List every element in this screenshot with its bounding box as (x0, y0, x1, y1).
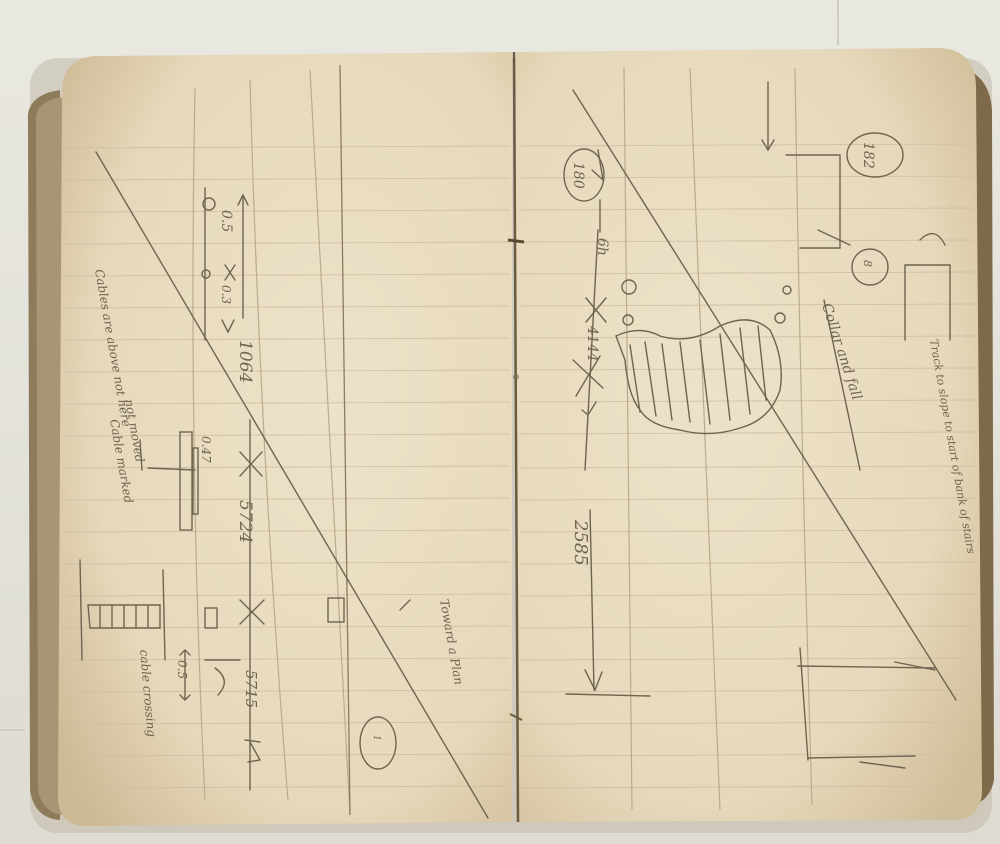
measurement-0-47: 0.47 (199, 436, 213, 463)
notebook-photo: 0.5 0.3 1064 5724 5715 0.47 0.5 Cables a… (0, 0, 1000, 844)
measurement-0-5-lower: 0.5 (175, 660, 189, 679)
measurement-6h: 6h (594, 238, 610, 256)
circled-182: 182 (860, 142, 876, 169)
measurement-5715: 5715 (242, 670, 260, 708)
left-page (58, 52, 512, 826)
measurement-0-3: 0.3 (219, 285, 233, 304)
measurement-1064: 1064 (235, 340, 255, 383)
measurement-2585: 2585 (570, 519, 591, 566)
measurement-4144: 4144 (584, 325, 600, 362)
small-circle-label: 8 (861, 260, 874, 267)
circled-180: 180 (570, 162, 586, 189)
circled-mark: 1 (371, 735, 381, 741)
measurement-5724: 5724 (235, 500, 255, 543)
measurement-0-5: 0.5 (218, 210, 234, 232)
notebook-illustration: 0.5 0.3 1064 5724 5715 0.47 0.5 Cables a… (0, 0, 1000, 844)
